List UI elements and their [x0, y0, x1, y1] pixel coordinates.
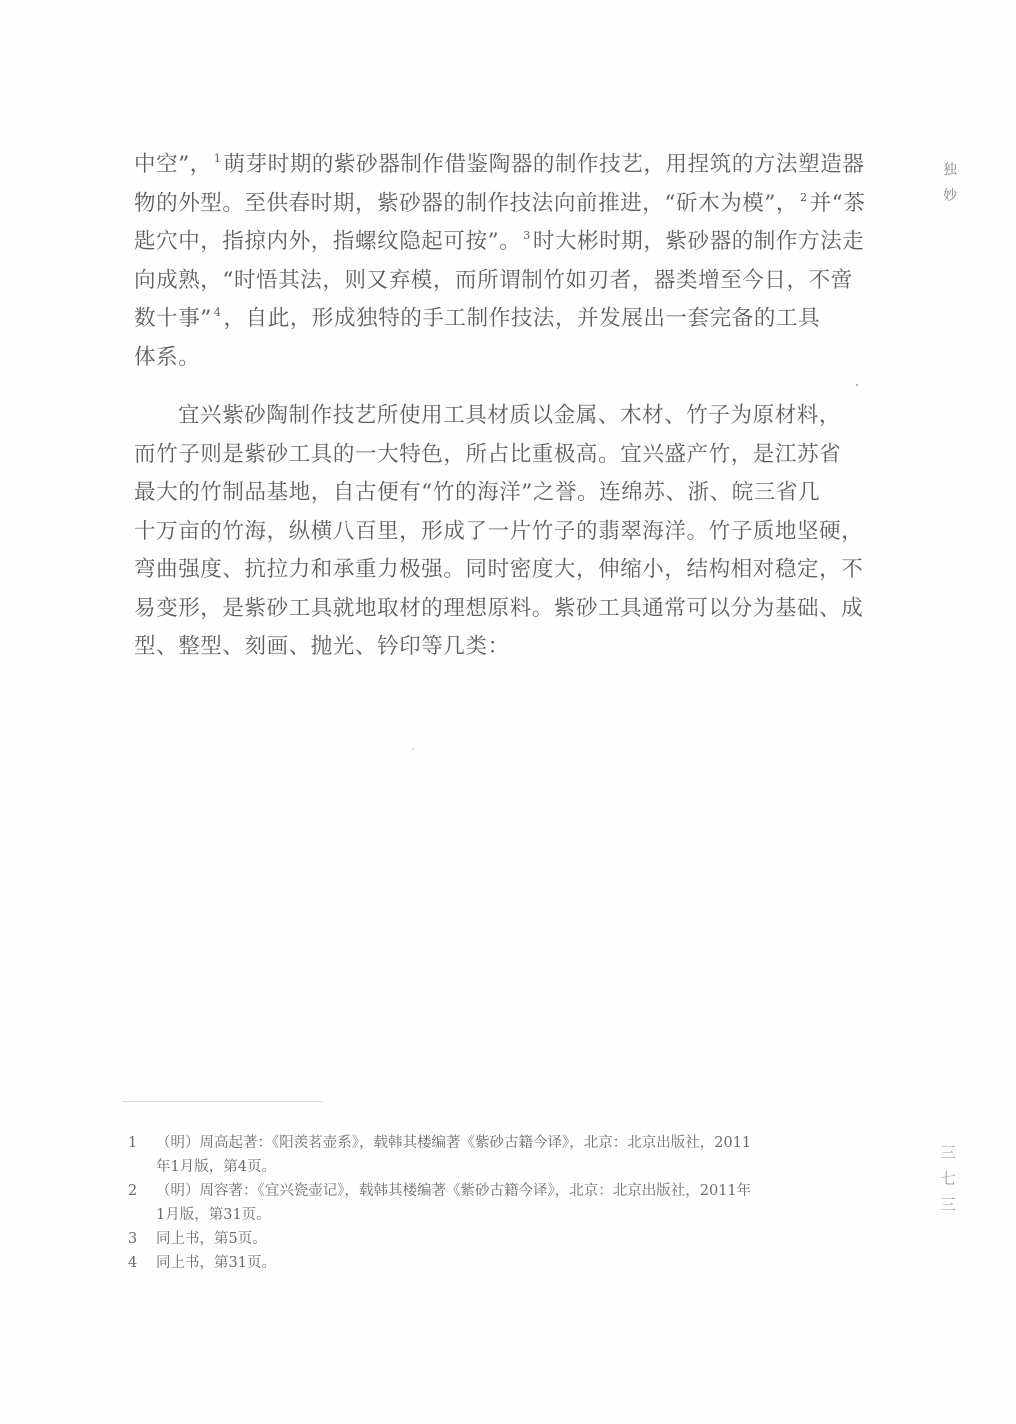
footnote-number: 2	[128, 1179, 137, 1203]
text-line: 数十事”4，自此，形成独特的手工制作技法，并发展出一套完备的工具	[134, 300, 874, 339]
footnote-item: 3同上书，第5页。	[128, 1227, 878, 1251]
text-run: ，自此，形成独特的手工制作技法，并发展出一套完备的工具	[224, 306, 821, 331]
paragraph-gap	[134, 377, 874, 397]
text-line: 而竹子则是紫砂工具的一大特色，所占比重极高。宜兴盛产竹，是江苏省	[134, 436, 874, 475]
text-line: 十万亩的竹海，纵横八百里，形成了一片竹子的翡翠海洋。竹子质地坚硬，	[134, 513, 874, 552]
text-run: 而竹子则是紫砂工具的一大特色，所占比重极高。宜兴盛产竹，是江苏省	[134, 442, 841, 467]
paragraph: 中空”，1萌芽时期的紫砂器制作借鉴陶器的制作技艺，用捏筑的方法塑造器物的外型。至…	[134, 146, 874, 377]
text-line: 向成熟，“时悟其法，则又弃模，而所谓制竹如刃者，器类增至今日，不啻	[134, 262, 874, 301]
main-body-text: 中空”，1萌芽时期的紫砂器制作借鉴陶器的制作技艺，用捏筑的方法塑造器物的外型。至…	[134, 146, 874, 667]
text-run: 十万亩的竹海，纵横八百里，形成了一片竹子的翡翠海洋。竹子质地坚硬，	[134, 519, 863, 544]
text-line: 匙穴中，指掠内外，指螺纹隐起可按”。3时大彬时期，紫砂器的制作方法走	[134, 223, 874, 262]
text-run: 并“茶	[810, 191, 866, 216]
text-run: 向成熟，“时悟其法，则又弃模，而所谓制竹如刃者，器类增至今日，不啻	[134, 268, 853, 293]
text-line: 易变形，是紫砂工具就地取材的理想原料。紫砂工具通常可以分为基础、成	[134, 590, 874, 629]
text-line: 中空”，1萌芽时期的紫砂器制作借鉴陶器的制作技艺，用捏筑的方法塑造器	[134, 146, 874, 185]
footnote-text-line: 1月版，第31页。	[156, 1203, 878, 1227]
text-run: 中空”，	[134, 152, 212, 177]
footnote-separator	[122, 1101, 322, 1102]
text-run: 数十事”	[134, 306, 212, 331]
footnotes: 1（明）周高起著：《阳羡茗壶系》，载韩其楼编著《紫砂古籍今译》，北京：北京出版社…	[128, 1131, 878, 1275]
text-line: 最大的竹制品基地，自古便有“竹的海洋”之誉。连绵苏、浙、皖三省几	[134, 474, 874, 513]
paragraph: 宜兴紫砂陶制作技艺所使用工具材质以金属、木材、竹子为原材料，而竹子则是紫砂工具的…	[134, 397, 874, 667]
text-line: 体系。	[134, 339, 874, 378]
text-run: 宜兴紫砂陶制作技艺所使用工具材质以金属、木材、竹子为原材料，	[178, 403, 841, 428]
text-run: 匙穴中，指掠内外，指螺纹隐起可按”。	[134, 229, 521, 254]
footnote-item: 4同上书，第31页。	[128, 1251, 878, 1275]
page-number-char: 七	[936, 1166, 960, 1192]
running-header-char: 妙	[940, 183, 960, 209]
page-number-char: 三	[936, 1192, 960, 1218]
book-page: 独 妙 中空”，1萌芽时期的紫砂器制作借鉴陶器的制作技艺，用捏筑的方法塑造器物的…	[0, 0, 1016, 1424]
footnote-number: 3	[128, 1227, 137, 1251]
running-header-char: 独	[940, 157, 960, 183]
footnote-text-line: 同上书，第5页。	[156, 1227, 878, 1251]
text-line: 宜兴紫砂陶制作技艺所使用工具材质以金属、木材、竹子为原材料，	[134, 397, 874, 436]
text-line: 弯曲强度、抗拉力和承重力极强。同时密度大，伸缩小，结构相对稳定，不	[134, 551, 874, 590]
footnote-text-line: （明）周高起著：《阳羡茗壶系》，载韩其楼编著《紫砂古籍今译》，北京：北京出版社，…	[156, 1131, 878, 1155]
footnote-text-line: 年1月版，第4页。	[156, 1155, 878, 1179]
text-run: 体系。	[134, 345, 200, 370]
text-run: 时大彬时期，紫砂器的制作方法走	[533, 229, 865, 254]
footnote-reference[interactable]: 1	[214, 152, 222, 165]
footnote-reference[interactable]: 2	[800, 191, 808, 204]
footnote-reference[interactable]: 4	[214, 306, 222, 319]
footnote-text-line: 同上书，第31页。	[156, 1251, 878, 1275]
text-run: 最大的竹制品基地，自古便有“竹的海洋”之誉。连绵苏、浙、皖三省几	[134, 480, 820, 505]
text-line: 物的外型。至供春时期，紫砂器的制作技法向前推进，“斫木为模”，2并“茶	[134, 185, 874, 224]
text-run: 易变形，是紫砂工具就地取材的理想原料。紫砂工具通常可以分为基础、成	[134, 596, 863, 621]
text-run: 型、整型、刻画、抛光、钤印等几类：	[134, 634, 510, 659]
page-number-char: 三	[936, 1140, 960, 1166]
text-run: 物的外型。至供春时期，紫砂器的制作技法向前推进，“斫木为模”，	[134, 191, 798, 216]
text-run: 萌芽时期的紫砂器制作借鉴陶器的制作技艺，用捏筑的方法塑造器	[224, 152, 865, 177]
footnote-number: 1	[128, 1131, 137, 1155]
footnote-number: 4	[128, 1251, 137, 1275]
text-line: 型、整型、刻画、抛光、钤印等几类：	[134, 628, 874, 667]
text-run: 弯曲强度、抗拉力和承重力极强。同时密度大，伸缩小，结构相对稳定，不	[134, 557, 863, 582]
footnote-text-line: （明）周容著：《宜兴瓷壶记》，载韩其楼编著《紫砂古籍今译》，北京：北京出版社，2…	[156, 1179, 878, 1203]
scan-speck	[412, 748, 414, 750]
running-header-vertical: 独 妙	[940, 157, 960, 209]
page-number-vertical: 三 七 三	[936, 1140, 960, 1218]
footnote-reference[interactable]: 3	[523, 229, 531, 242]
scan-speck	[856, 384, 858, 386]
footnote-item: 1（明）周高起著：《阳羡茗壶系》，载韩其楼编著《紫砂古籍今译》，北京：北京出版社…	[128, 1131, 878, 1179]
footnote-item: 2（明）周容著：《宜兴瓷壶记》，载韩其楼编著《紫砂古籍今译》，北京：北京出版社，…	[128, 1179, 878, 1227]
